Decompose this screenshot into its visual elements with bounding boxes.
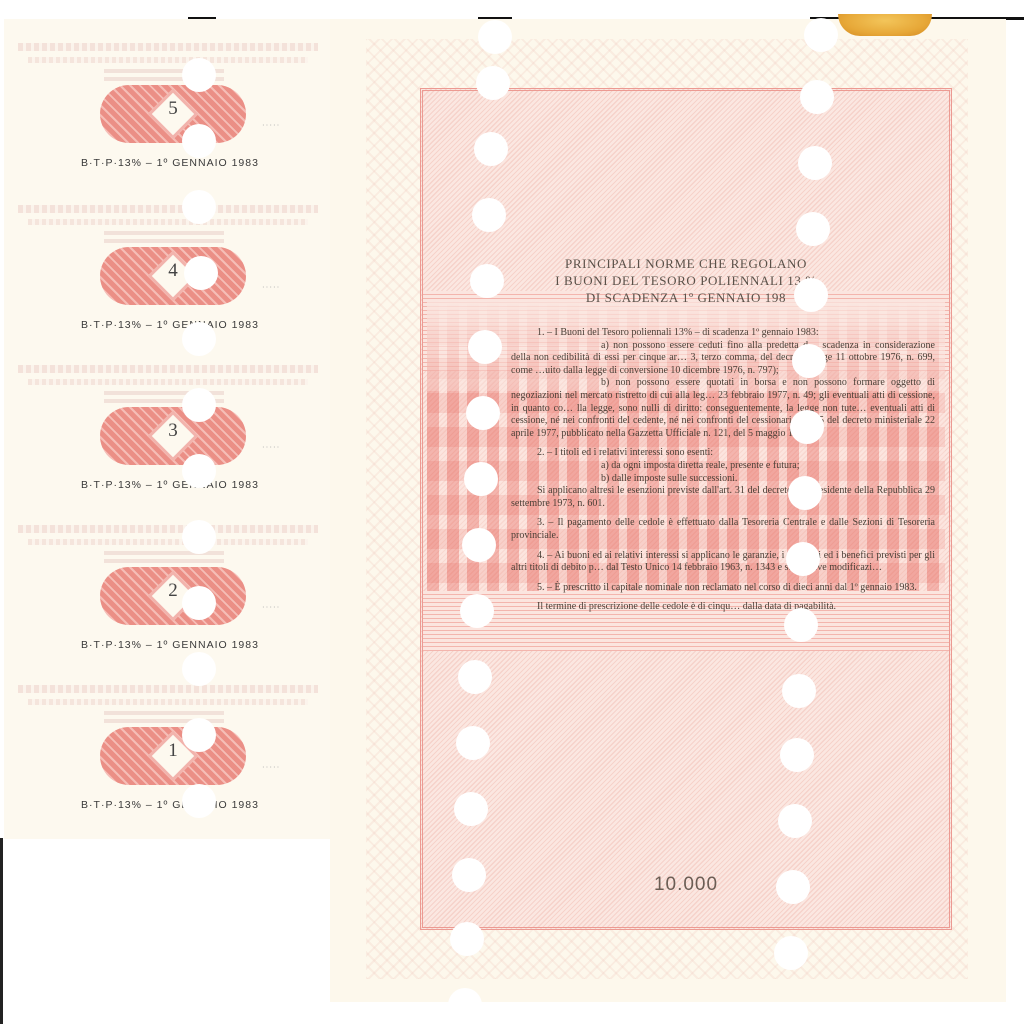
punch-hole bbox=[476, 66, 510, 100]
coupon-caption: B·T·P·13% – 1º GENNAIO 1983 bbox=[14, 479, 326, 491]
coupon-sheet: 5 ····· B·T·P·13% – 1º GENNAIO 1983 4 ··… bbox=[4, 19, 336, 839]
punch-hole bbox=[182, 454, 216, 488]
punch-hole bbox=[800, 80, 834, 114]
coupon-fine-text bbox=[104, 559, 224, 563]
rule-5-note: Il termine di prescrizione delle cedole … bbox=[511, 601, 935, 614]
punch-hole bbox=[794, 278, 828, 312]
coupon-caption: B·T·P·13% – 1º GENNAIO 1983 bbox=[14, 157, 326, 169]
coupon-number: 1 bbox=[100, 740, 246, 762]
coupon-header-text bbox=[18, 43, 318, 51]
coupon-serial: ····· bbox=[262, 121, 280, 130]
punch-hole bbox=[466, 396, 500, 430]
coupon-fine-text bbox=[104, 231, 224, 235]
punch-hole bbox=[460, 594, 494, 628]
coupon-number: 2 bbox=[100, 580, 246, 602]
bond-certificate: PRINCIPALI NORME CHE REGOLANO I BUONI DE… bbox=[330, 19, 1006, 1002]
coupon-caption: B·T·P·13% – 1º GENNAIO 1983 bbox=[14, 639, 326, 651]
coupon-header-text bbox=[28, 699, 308, 705]
title-line: DI SCADENZA 1º GENNAIO 198 bbox=[423, 289, 949, 306]
rule-4: 4. – Ai buoni ed ai relativi interessi s… bbox=[511, 550, 935, 575]
coupon-header-text bbox=[28, 379, 308, 385]
punch-hole bbox=[182, 586, 216, 620]
punch-hole bbox=[474, 132, 508, 166]
coupon-header-text bbox=[18, 365, 318, 373]
face-value: 10.000 bbox=[423, 874, 949, 896]
punch-hole bbox=[458, 660, 492, 694]
punch-hole bbox=[456, 726, 490, 760]
coupon-ornament: 3 bbox=[100, 407, 246, 465]
punch-hole bbox=[778, 804, 812, 838]
punch-hole bbox=[182, 388, 216, 422]
coupon-number: 3 bbox=[100, 420, 246, 442]
coupon-ornament: 4 bbox=[100, 247, 246, 305]
punch-hole bbox=[464, 462, 498, 496]
coupon-2: 2 ····· B·T·P·13% – 1º GENNAIO 1983 bbox=[14, 519, 326, 659]
coupon-3: 3 ····· B·T·P·13% – 1º GENNAIO 1983 bbox=[14, 359, 326, 499]
punch-hole bbox=[450, 922, 484, 956]
coupon-4: 4 ····· B·T·P·13% – 1º GENNAIO 1983 bbox=[14, 199, 326, 339]
coupon-header-text bbox=[28, 219, 308, 225]
punch-hole bbox=[448, 988, 482, 1022]
coupon-ornament: 2 bbox=[100, 567, 246, 625]
coupon-number: 4 bbox=[100, 260, 246, 282]
rule-1a: a) non possono essere ceduti fino alla p… bbox=[511, 340, 935, 378]
punch-hole bbox=[792, 344, 826, 378]
punch-hole bbox=[454, 792, 488, 826]
coupon-caption: B·T·P·13% – 1º GENNAIO 1983 bbox=[14, 319, 326, 331]
coupon-serial: ····· bbox=[262, 603, 280, 612]
punch-hole bbox=[182, 784, 216, 818]
coupon-serial: ····· bbox=[262, 443, 280, 452]
punch-hole bbox=[452, 858, 486, 892]
punch-hole bbox=[182, 322, 216, 356]
coupon-ornament: 5 bbox=[100, 85, 246, 143]
punch-hole bbox=[478, 20, 512, 54]
coupon-5: 5 ····· B·T·P·13% – 1º GENNAIO 1983 bbox=[14, 37, 326, 177]
punch-hole bbox=[780, 738, 814, 772]
punch-hole bbox=[184, 256, 218, 290]
punch-hole bbox=[182, 58, 216, 92]
punch-hole bbox=[182, 124, 216, 158]
punch-hole bbox=[182, 520, 216, 554]
rule-5: 5. – È prescritto il capitale nominale n… bbox=[511, 582, 935, 595]
rule-2b: b) dalle imposte sulle successioni. bbox=[511, 473, 935, 486]
punch-hole bbox=[182, 718, 216, 752]
coupon-header-text bbox=[18, 685, 318, 693]
rule-2a: a) da ogni imposta diretta reale, presen… bbox=[511, 460, 935, 473]
stain-mark bbox=[838, 14, 932, 36]
title-line: PRINCIPALI NORME CHE REGOLANO bbox=[423, 255, 949, 272]
cut-away-area bbox=[0, 839, 336, 1004]
coupon-header-text bbox=[28, 539, 308, 545]
punch-hole bbox=[182, 190, 216, 224]
punch-hole bbox=[472, 198, 506, 232]
punch-hole bbox=[786, 542, 820, 576]
punch-hole bbox=[784, 608, 818, 642]
punch-hole bbox=[788, 476, 822, 510]
punch-hole bbox=[774, 936, 808, 970]
coupon-ornament: 1 bbox=[100, 727, 246, 785]
punch-hole bbox=[462, 528, 496, 562]
coupon-serial: ····· bbox=[262, 763, 280, 772]
coupon-header-text bbox=[18, 525, 318, 533]
punch-hole bbox=[182, 652, 216, 686]
rule-3: 3. – Il pagamento delle cedole è effettu… bbox=[511, 517, 935, 542]
punch-hole bbox=[468, 330, 502, 364]
coupon-fine-text bbox=[104, 239, 224, 243]
coupon-1: 1 ····· B·T·P·13% – 1º GENNAIO 1983 bbox=[14, 679, 326, 819]
coupon-serial: ····· bbox=[262, 283, 280, 292]
rule-1b: b) non possono essere quotati in borsa e… bbox=[511, 377, 935, 440]
rule-2: 2. – I titoli ed i relativi interessi so… bbox=[511, 447, 935, 460]
punch-hole bbox=[804, 18, 838, 52]
coupon-number: 5 bbox=[100, 98, 246, 120]
punch-hole bbox=[798, 146, 832, 180]
punch-hole bbox=[470, 264, 504, 298]
coupon-header-text bbox=[28, 57, 308, 63]
punch-hole bbox=[796, 212, 830, 246]
coupon-header-text bbox=[18, 205, 318, 213]
punch-hole bbox=[782, 674, 816, 708]
scan-edge-mark bbox=[0, 838, 3, 1024]
rule-1: 1. – I Buoni del Tesoro poliennali 13% –… bbox=[511, 327, 935, 340]
rule-2-note: Si applicano altresì le esenzioni previs… bbox=[511, 485, 935, 510]
coupon-fine-text bbox=[104, 711, 224, 715]
punch-hole bbox=[790, 410, 824, 444]
punch-hole bbox=[776, 870, 810, 904]
rules-text: 1. – I Buoni del Tesoro poliennali 13% –… bbox=[511, 327, 935, 614]
coupon-caption: B·T·P·13% – 1º GENNAIO 1983 bbox=[14, 799, 326, 811]
